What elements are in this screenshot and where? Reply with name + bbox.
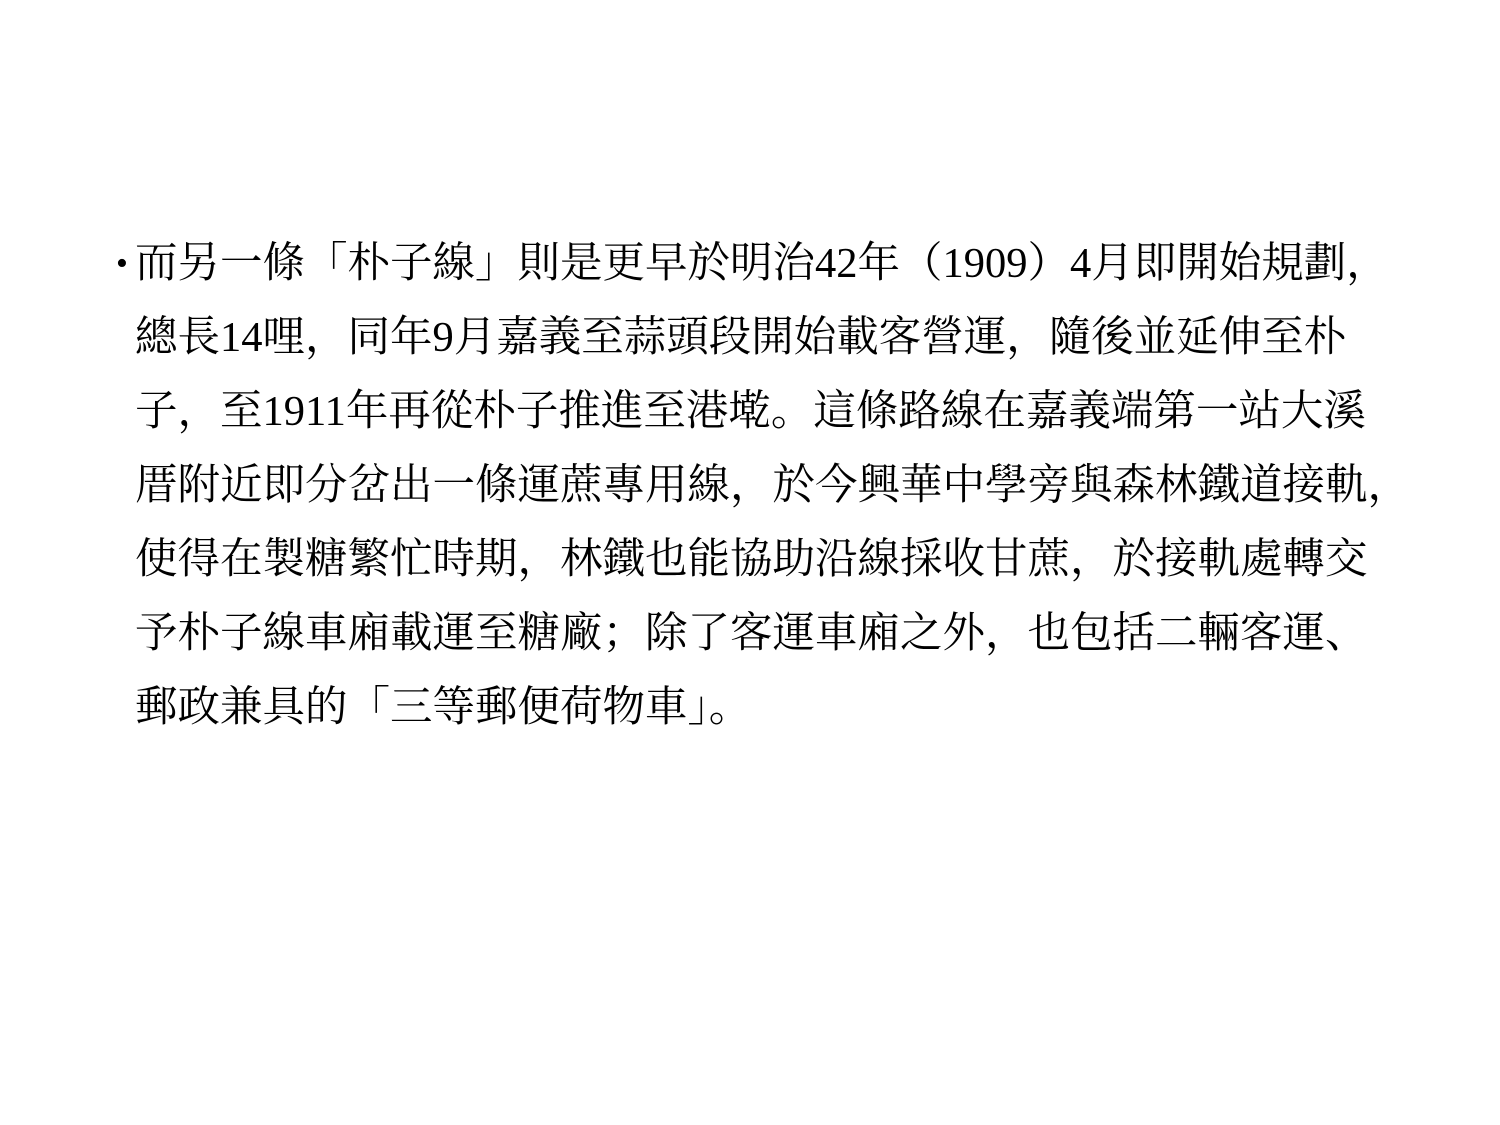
bullet-list-item: • 而另一條「朴子線」則是更早於明治42年（1909）4月即開始規劃， 總長14… <box>116 227 1456 745</box>
text-line-4: 厝附近即分岔出一條運蔗專用線，於今興華中學旁與森林鐵道接軌， <box>135 449 1456 523</box>
text-line-5: 使得在製糖繁忙時期，林鐵也能協助沿線採收甘蔗，於接軌處轉交 <box>135 523 1456 597</box>
slide-text-block: • 而另一條「朴子線」則是更早於明治42年（1909）4月即開始規劃， 總長14… <box>116 227 1456 745</box>
text-line-7: 郵政兼具的「三等郵便荷物車」。 <box>135 671 1456 745</box>
text-line-2: 總長14哩，同年9月嘉義至蒜頭段開始載客營運，隨後並延伸至朴 <box>135 301 1456 375</box>
paragraph-text: 而另一條「朴子線」則是更早於明治42年（1909）4月即開始規劃， 總長14哩，… <box>135 227 1456 745</box>
text-line-6: 予朴子線車廂載運至糖廠；除了客運車廂之外，也包括二輛客運、 <box>135 597 1456 671</box>
text-line-1: 而另一條「朴子線」則是更早於明治42年（1909）4月即開始規劃， <box>135 227 1456 301</box>
text-line-3: 子，至1911年再從朴子推進至港墘。這條路線在嘉義端第一站大溪 <box>135 375 1456 449</box>
slide-canvas: • 而另一條「朴子線」則是更早於明治42年（1909）4月即開始規劃， 總長14… <box>0 0 1500 1125</box>
bullet-marker: • <box>116 227 135 301</box>
